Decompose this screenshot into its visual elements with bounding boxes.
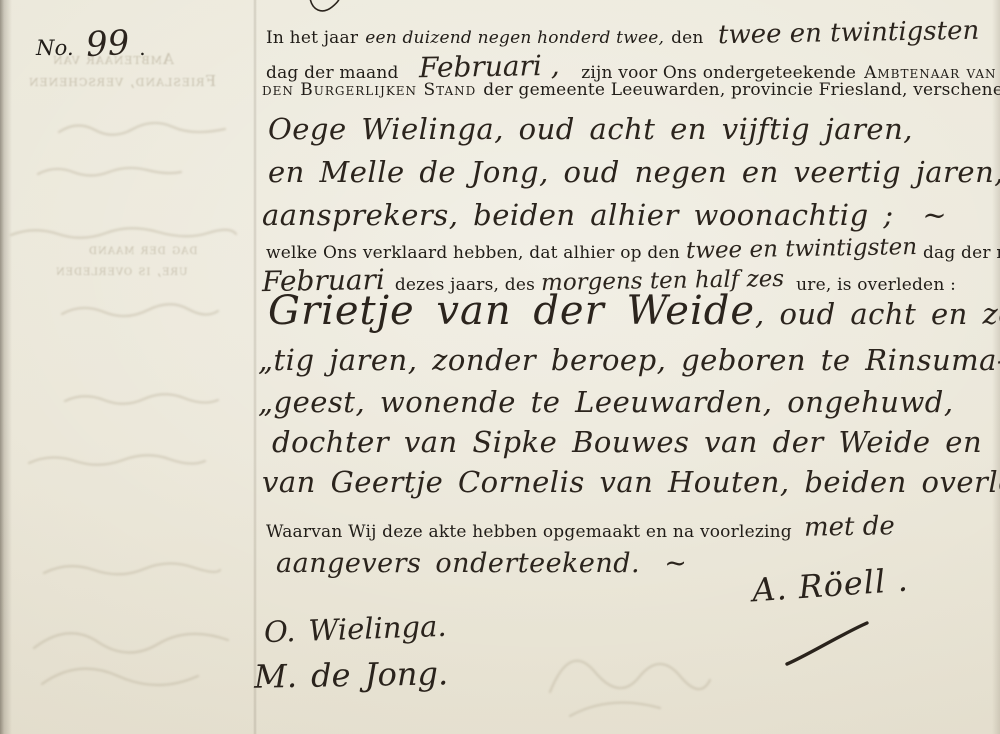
record-number: No. 99 . <box>36 24 146 64</box>
closing-line-2: aangevers onderteekend. ~ <box>276 548 687 579</box>
vertical-fold-line <box>253 0 257 734</box>
signature-declarant-2: M. de Jong. <box>254 654 449 695</box>
ghost-smudge <box>55 116 230 142</box>
ghost-smudge <box>35 160 185 182</box>
intro-year-italic: een duizend negen honderd twee, <box>365 28 664 48</box>
scan-left-edge <box>0 0 12 734</box>
declaration-line-1: welke Ons verklaard hebben, dat alhier o… <box>266 238 1000 264</box>
deceased-name-line: Grietje van der Weide , oud acht en zes- <box>268 288 1000 334</box>
death-certificate-page: Ambtenaar van Friesland, verschenen dag … <box>0 0 1000 734</box>
intro-smallcaps-burgerlijken-stand: den Burgerlijken Stand <box>262 80 476 100</box>
declarant-line-3-text: aansprekers, beiden alhier woonachtig ; <box>262 198 894 232</box>
handwritten-day-2: twee en twintigsten <box>686 234 918 264</box>
intro-text: In het jaar <box>266 28 358 48</box>
declarant-line-3: aansprekers, beiden alhier woonachtig ; … <box>262 198 947 232</box>
intro-text: der gemeente Leeuwarden, provincie Fries… <box>483 80 1000 100</box>
ghost-smudge <box>28 618 238 703</box>
deceased-name: Grietje van der Weide <box>268 288 755 334</box>
ghost-smudge <box>540 632 715 724</box>
deceased-age-start: , oud acht en zes- <box>755 297 1000 331</box>
intro-text: den <box>671 28 704 48</box>
deceased-line-3: „geest, wonende te Leeuwarden, ongehuwd, <box>258 385 954 419</box>
intro-line-1: In het jaar een duizend negen honderd tw… <box>266 20 985 50</box>
ghost-smudge <box>25 448 210 474</box>
record-number-value: 99 <box>85 23 130 65</box>
deceased-line-4: dochter van Sipke Bouwes van der Weide e… <box>272 425 982 459</box>
closing-flourish: ~ <box>664 548 687 579</box>
handwritten-onderteekend: aangevers onderteekend. <box>276 548 640 579</box>
ghost-smudge <box>8 222 240 244</box>
signature-flourish-stroke <box>782 620 872 668</box>
declarant-line-1: Oege Wielinga, oud acht en vijftig jaren… <box>268 112 913 146</box>
closing-text: Waarvan Wij deze akte hebben opgemaakt e… <box>266 522 792 542</box>
deceased-line-5: van Geertje Cornelis van Houten, beiden … <box>262 465 1000 499</box>
intro-line-3: den Burgerlijken Stand der gemeente Leeu… <box>262 80 1000 100</box>
handwritten-month: Februari , <box>418 49 559 84</box>
declarant-line-2: en Melle de Jong, oud negen en veertig j… <box>268 155 1000 189</box>
ghost-smudge <box>40 556 225 584</box>
handwritten-met-de: met de <box>804 511 895 543</box>
ghost-text-friesland: Friesland, verschenen <box>28 72 216 90</box>
record-number-period: . <box>139 36 146 60</box>
declaration-text: dag der maand <box>923 243 1000 263</box>
ghost-text-overleden: ure, is overleden <box>55 263 188 279</box>
signature-declarant-1: O. Wielinga. <box>263 609 447 649</box>
deceased-line-2: „tig jaren, zonder beroep, geboren te Ri… <box>258 343 1000 377</box>
line-filler-flourish: ~ <box>922 198 947 232</box>
cutoff-pen-loop <box>306 0 352 18</box>
declaration-text: welke Ons verklaard hebben, dat alhier o… <box>266 243 680 263</box>
ghost-smudge <box>62 388 222 410</box>
handwritten-day: twee en twintigsten <box>717 16 979 51</box>
ghost-text-dag-der-maand: dag der maand <box>88 242 197 258</box>
record-number-label: No. <box>36 36 74 60</box>
ghost-smudge <box>58 298 223 324</box>
closing-line-1: Waarvan Wij deze akte hebben opgemaakt e… <box>266 514 901 544</box>
signature-official: A. Röell . <box>751 561 910 610</box>
